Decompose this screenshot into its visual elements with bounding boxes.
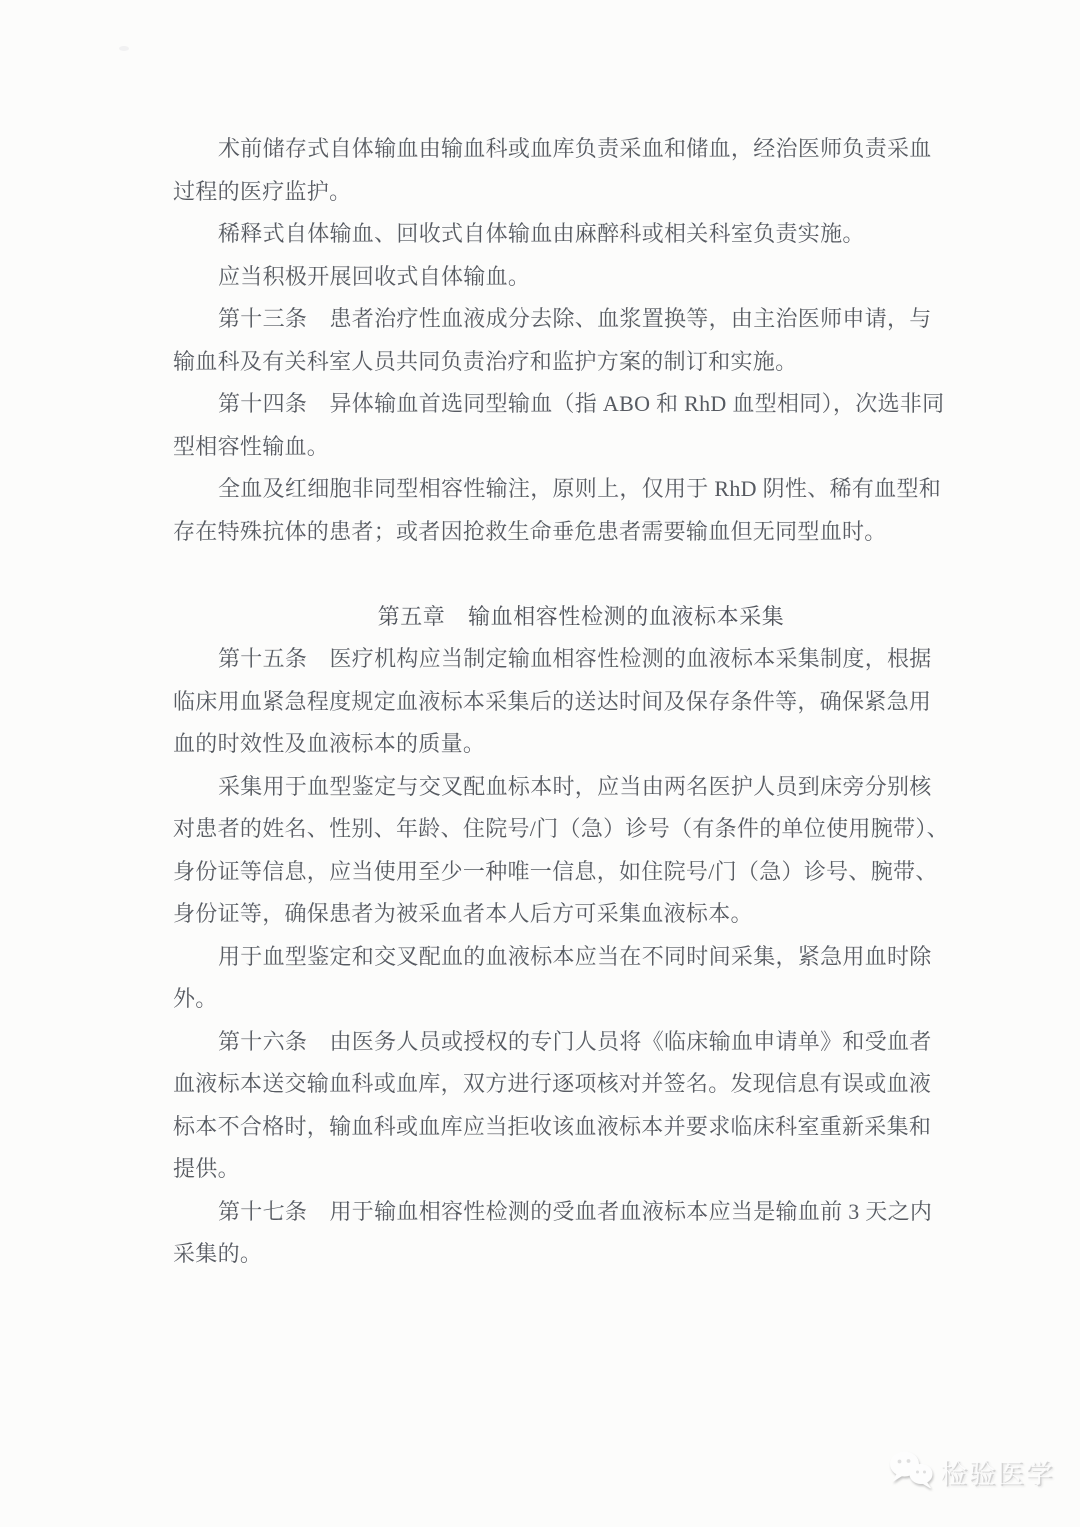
document-line: 存在特殊抗体的患者；或者因抢救生命垂危患者需要输血但无同型血时。 (173, 511, 925, 554)
document-page: 术前储存式自体输血由输血科或血库负责采血和储血，经治医师负责采血过程的医疗监护。… (0, 0, 1080, 1527)
watermark-label: 检验医学 (940, 1452, 1054, 1491)
document-line: 身份证等信息，应当使用至少一种唯一信息，如住院号/门（急）诊号、腕带、 (173, 851, 925, 894)
document-line: 血的时效性及血液标本的质量。 (173, 723, 925, 766)
document-line: 应当积极开展回收式自体输血。 (173, 256, 925, 299)
document-line: 第十六条 由医务人员或授权的专门人员将《临床输血申请单》和受血者 (173, 1021, 925, 1064)
document-line: 标本不合格时，输血科或血库应当拒收该血液标本并要求临床科室重新采集和 (173, 1106, 925, 1149)
document-line: 术前储存式自体输血由输血科或血库负责采血和储血，经治医师负责采血 (173, 128, 925, 171)
watermark: 检验医学 (888, 1450, 1054, 1492)
document-line: 采集用于血型鉴定与交叉配血标本时，应当由两名医护人员到床旁分别核 (173, 766, 925, 809)
document-line: 第十四条 异体输血首选同型输血（指 ABO 和 RhD 血型相同），次选非同 (173, 383, 925, 426)
document-line: 第十五条 医疗机构应当制定输血相容性检测的血液标本采集制度，根据 (173, 638, 925, 681)
chapter-heading: 第五章 输血相容性检测的血液标本采集 (173, 596, 925, 639)
document-line: 采集的。 (173, 1233, 925, 1276)
document-line: 型相容性输血。 (173, 426, 925, 469)
document-line: 临床用血紧急程度规定血液标本采集后的送达时间及保存条件等，确保紧急用 (173, 681, 925, 724)
document-line: 第十三条 患者治疗性血液成分去除、血浆置换等，由主治医师申请，与 (173, 298, 925, 341)
document-line: 用于血型鉴定和交叉配血的血液标本应当在不同时间采集，紧急用血时除 (173, 936, 925, 979)
document-line: 第十七条 用于输血相容性检测的受血者血液标本应当是输血前 3 天之内 (173, 1191, 925, 1234)
document-body: 术前储存式自体输血由输血科或血库负责采血和储血，经治医师负责采血过程的医疗监护。… (173, 128, 925, 1276)
document-line: 身份证等，确保患者为被采血者本人后方可采集血液标本。 (173, 893, 925, 936)
document-line: 过程的医疗监护。 (173, 171, 925, 214)
document-line: 血液标本送交输血科或血库，双方进行逐项核对并签名。发现信息有误或血液 (173, 1063, 925, 1106)
document-line: 输血科及有关科室人员共同负责治疗和监护方案的制订和实施。 (173, 341, 925, 384)
document-line: 稀释式自体输血、回收式自体输血由麻醉科或相关科室负责实施。 (173, 213, 925, 256)
document-line: 提供。 (173, 1148, 925, 1191)
document-line: 全血及红细胞非同型相容性输注，原则上，仅用于 RhD 阴性、稀有血型和 (173, 468, 925, 511)
document-line: 外。 (173, 978, 925, 1021)
wechat-icon (888, 1450, 935, 1492)
document-line: 对患者的姓名、性别、年龄、住院号/门（急）诊号（有条件的单位使用腕带）、 (173, 808, 925, 851)
scan-artifact (119, 46, 129, 51)
